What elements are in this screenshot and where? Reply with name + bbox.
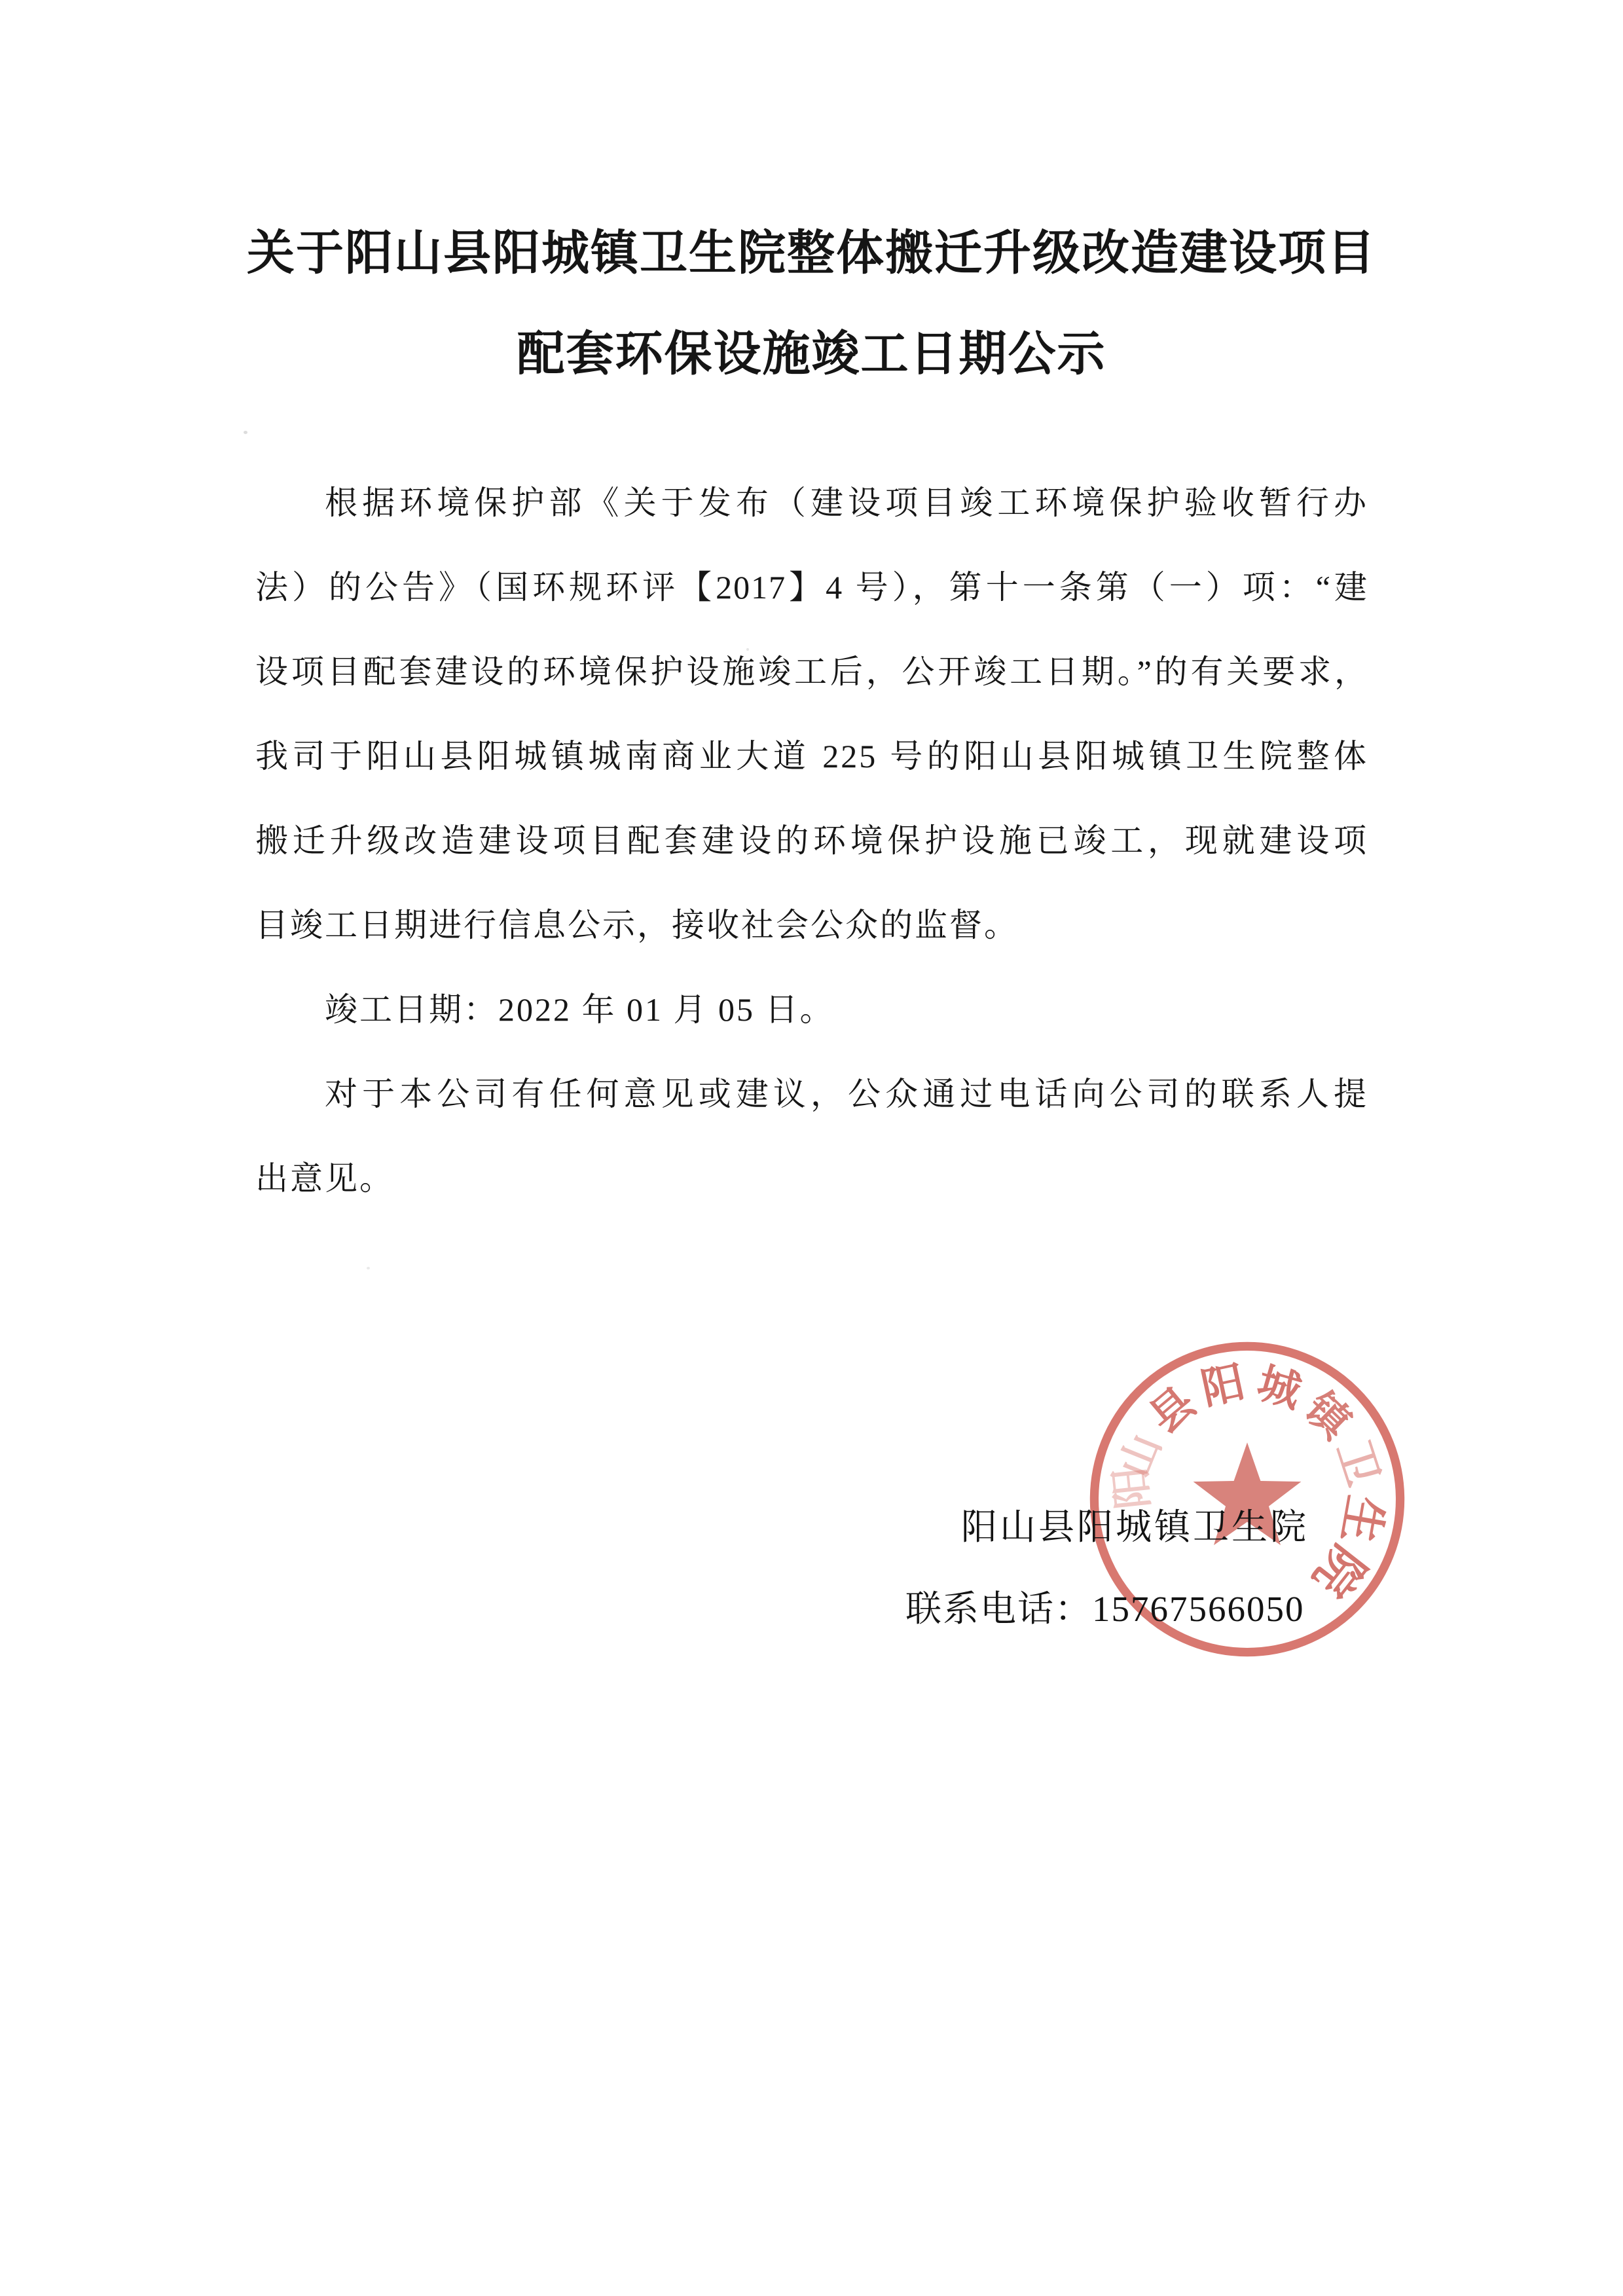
seal-char: 城	[1252, 1360, 1306, 1417]
document-page: 关于阳山县阳城镇卫生院整体搬迁升级改造建设项目 配套环保设施竣工日期公示 根据环…	[0, 0, 1623, 2296]
body-line: 目竣工日期进行信息公示，接收社会公众的监督。	[255, 903, 1368, 947]
signature-organization: 阳山县阳城镇卫生院	[961, 1498, 1309, 1550]
body-line: 搬迁升级改造建设项目配套建设的环境保护设施已竣工，现就建设项	[255, 819, 1368, 862]
body-line: 对于本公司有任何意见或建议，公众通过电话向公司的联系人提	[255, 1072, 1368, 1116]
seal-char: 镇	[1296, 1385, 1361, 1450]
body-line: 根据环境保护部《关于发布（建设项目竣工环境保护验收暂行办	[255, 481, 1368, 524]
signature-contact-phone: 联系电话：15767566050	[905, 1580, 1305, 1631]
document-title-line-2: 配套环保设施竣工日期公示	[0, 315, 1623, 384]
seal-char: 县	[1141, 1379, 1204, 1442]
body-line: 我司于阳山县阳城镇城南商业大道 225 号的阳山县阳城镇卫生院整体	[255, 735, 1368, 778]
document-title-line-1: 关于阳山县阳城镇卫生院整体搬迁升级改造建设项目	[0, 214, 1623, 283]
body-line: 设项目配套建设的环境保护设施竣工后，公开竣工日期。”的有关要求，	[255, 650, 1368, 693]
body-line: 出意见。	[255, 1157, 1368, 1200]
scan-speck	[244, 431, 247, 434]
seal-char: 卫	[1328, 1435, 1388, 1492]
body-line: 法）的公告》（国环规环评【2017】4 号），第十一条第（一）项：“建	[255, 566, 1368, 609]
seal-char: 阳	[1197, 1359, 1249, 1414]
body-line: 竣工日期：2022 年 01 月 05 日。	[255, 988, 1368, 1031]
seal-char: 生	[1332, 1492, 1391, 1547]
scan-speck	[367, 1267, 370, 1269]
